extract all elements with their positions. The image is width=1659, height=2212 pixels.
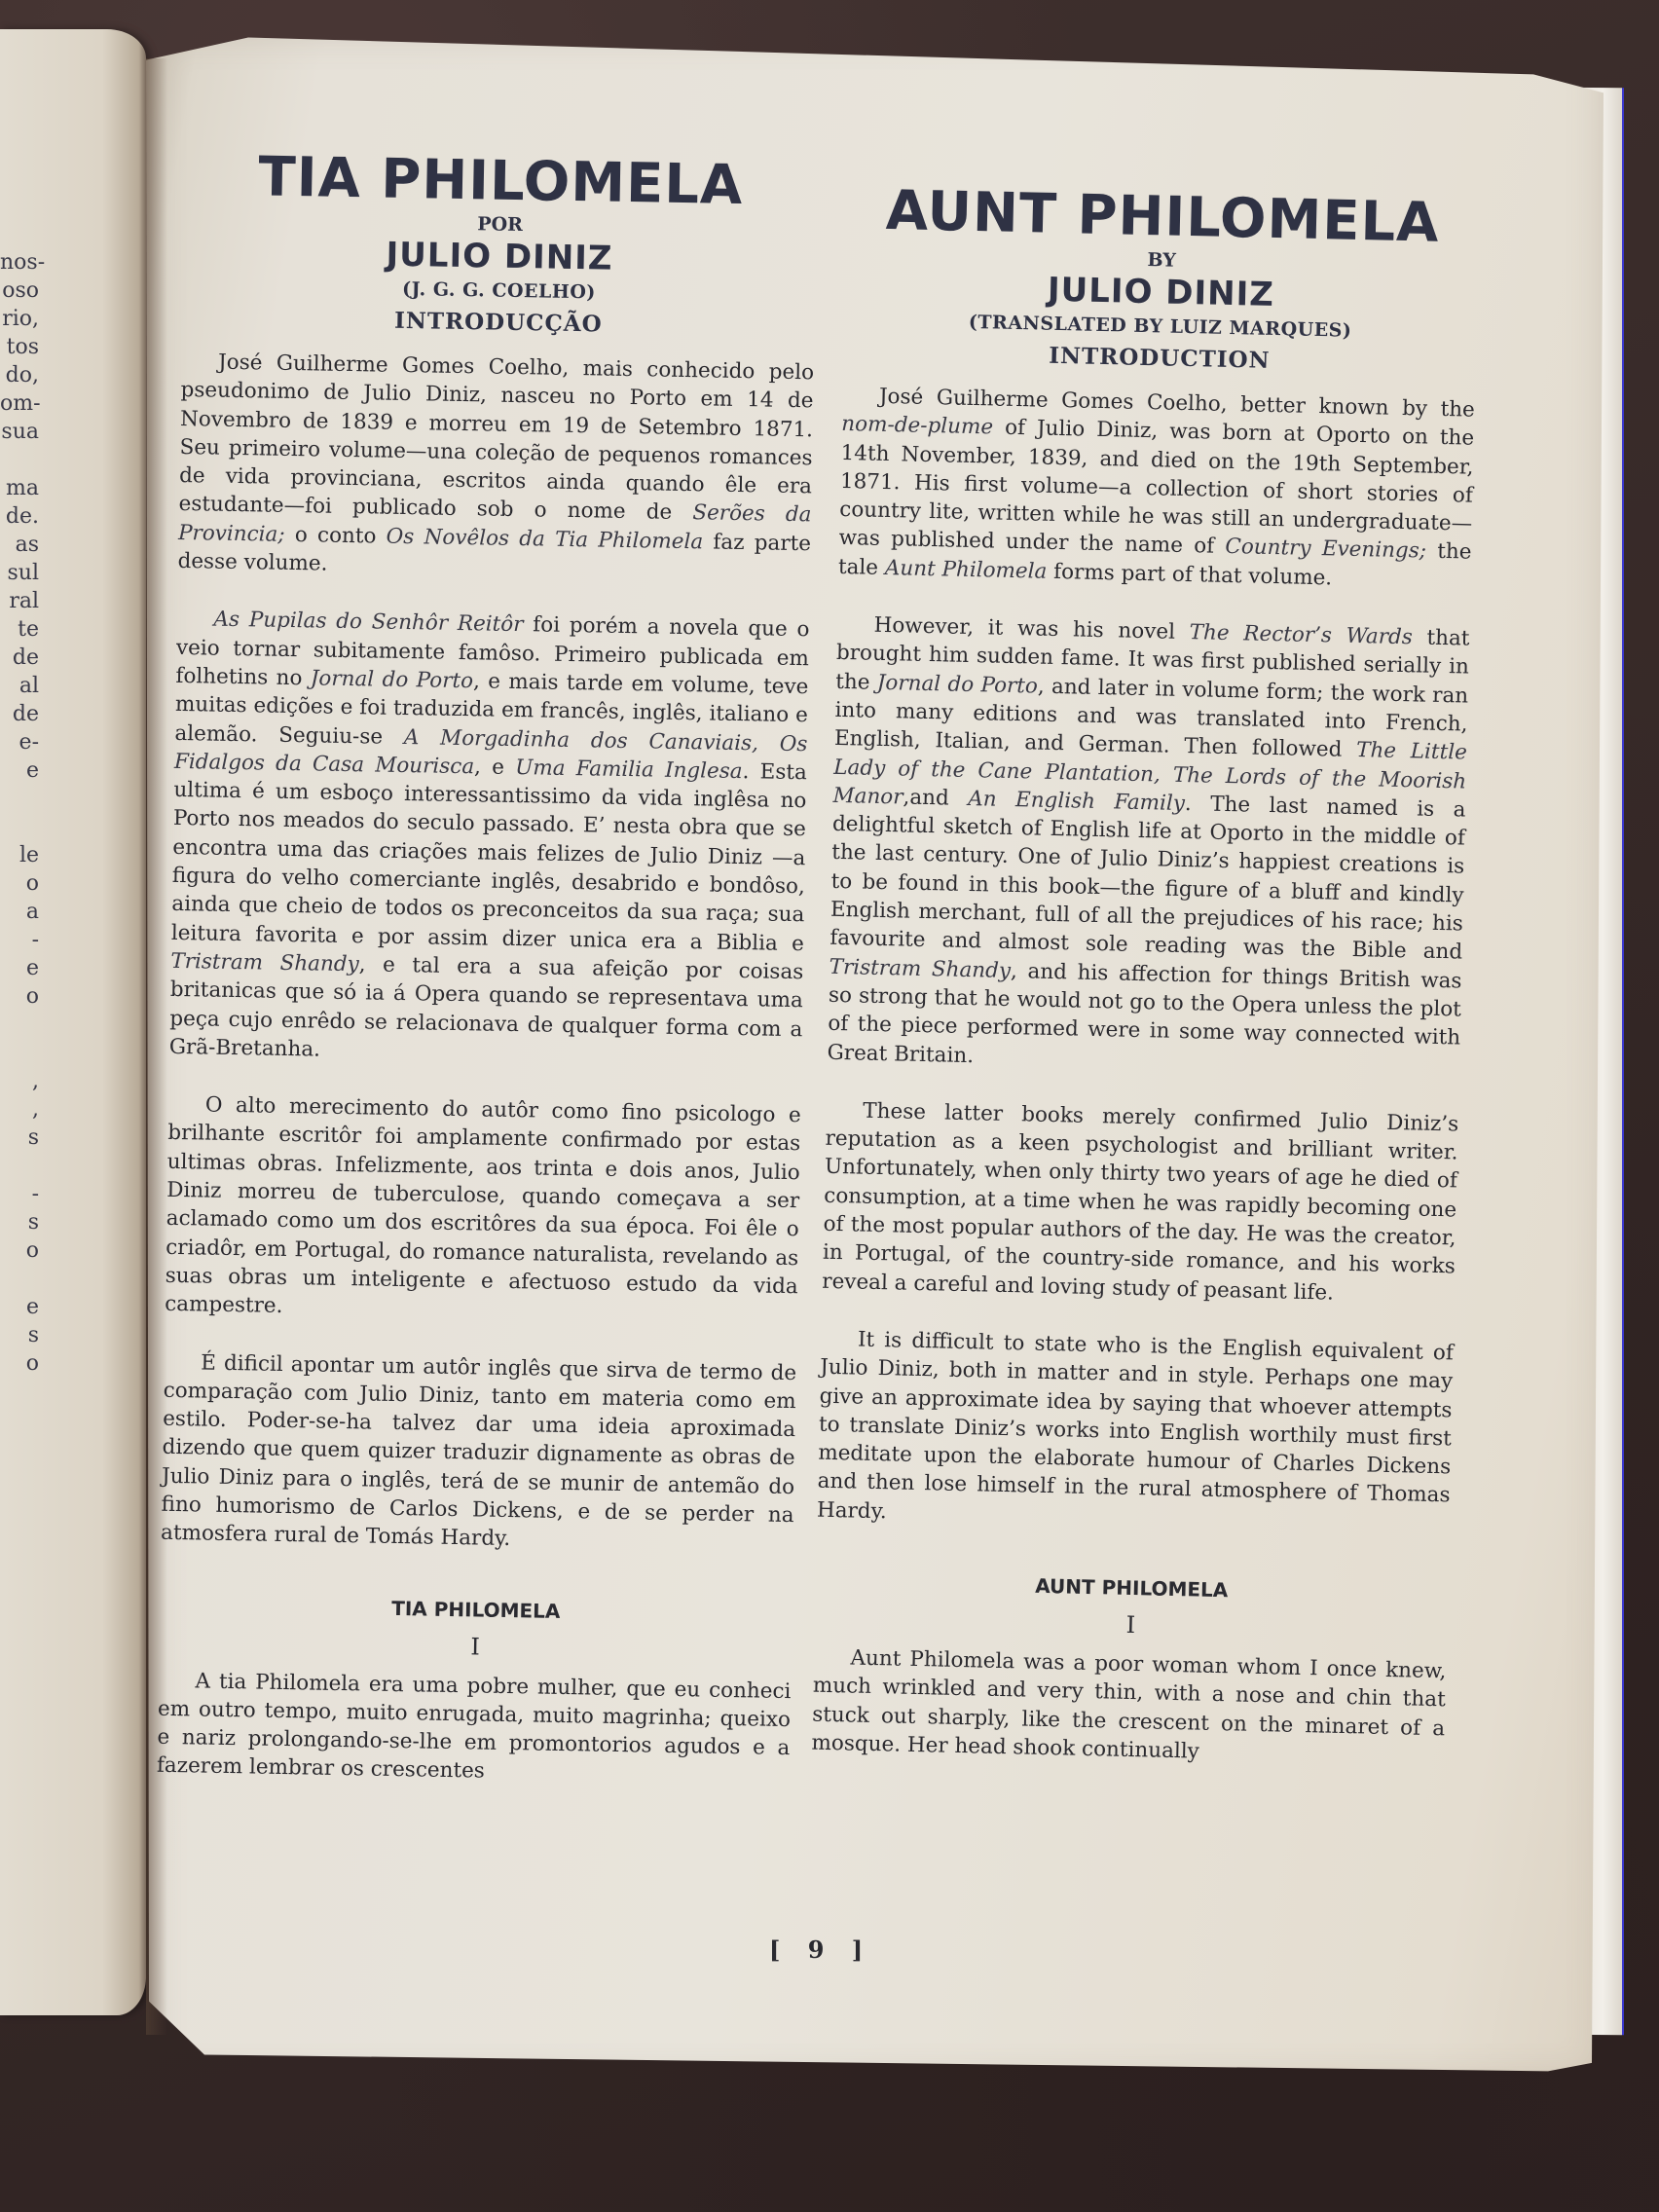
facing-page-left: nos-osorio,tosdo,om-suamade.assulraltede… — [0, 29, 146, 2015]
text-fragment: a — [0, 898, 39, 926]
italic-title: An English Family — [968, 787, 1185, 816]
portuguese-column: TIA PHILOMELA POR JULIO DINIZ (J. G. G. … — [156, 146, 818, 1821]
pt-story-paragraph: A tia Philomela era uma pobre mulher, qu… — [157, 1666, 792, 1791]
italic-title: Os Novêlos da Tia Philomela — [386, 524, 703, 554]
text-fragment: de. — [0, 502, 39, 531]
text-fragment: e — [0, 954, 39, 982]
text-fragment: as — [0, 531, 39, 559]
en-title: AUNT PHILOMELA — [846, 180, 1480, 255]
page-number: [ 9 ] — [769, 1935, 872, 1964]
en-chapter-number: I — [814, 1604, 1447, 1646]
italic-title: As Pupilas do Senhôr Reitôr — [213, 608, 523, 638]
text-fragment: e- — [0, 728, 39, 756]
text-fragment: - — [0, 926, 39, 954]
text-run: o conto — [284, 523, 387, 549]
pt-chapter-number: I — [159, 1627, 792, 1665]
text-run: É dificil apontar um autôr inglês que si… — [161, 1350, 796, 1551]
text-fragment: om- — [0, 389, 39, 418]
paragraph: As Pupilas do Senhôr Reitôr foi porém a … — [169, 605, 810, 1072]
text-fragment: te — [0, 615, 39, 644]
text-fragment: s — [0, 1208, 39, 1236]
text-fragment: , — [0, 1067, 39, 1095]
text-fragment: de — [0, 644, 39, 672]
text-fragment — [0, 446, 39, 474]
english-column: AUNT PHILOMELA BY JULIO DINIZ (TRANSLATE… — [811, 180, 1480, 1800]
text-fragment — [0, 813, 39, 841]
text-fragment: , — [0, 1095, 39, 1124]
pt-intro-heading: INTRODUCÇÃO — [182, 304, 815, 341]
text-run: O alto merecimento do autôr como fino ps… — [165, 1093, 801, 1318]
text-fragment: rio, — [0, 305, 39, 333]
text-fragment: e — [0, 1293, 39, 1321]
text-fragment: nos- — [0, 248, 39, 276]
text-fragment: o — [0, 1349, 39, 1378]
text-fragment: do, — [0, 361, 39, 389]
text-fragment: ma — [0, 474, 39, 502]
en-intro-body: José Guilherme Gomes Coelho, better know… — [817, 382, 1475, 1538]
text-run: It is difficult to state who is the Engl… — [817, 1327, 1454, 1523]
paragraph: It is difficult to state who is the Engl… — [817, 1325, 1454, 1539]
text-fragment: ral — [0, 587, 39, 615]
text-fragment — [0, 1039, 39, 1067]
text-fragment: oso — [0, 276, 39, 305]
paragraph: É dificil apontar um autôr inglês que si… — [161, 1347, 796, 1558]
text-fragment: tos — [0, 333, 39, 361]
italic-title: Jornal do Porto — [311, 666, 474, 693]
en-story-paragraph: Aunt Philomela was a poor woman whom I o… — [811, 1643, 1446, 1772]
text-run: . The last named is a delightful sketch … — [829, 792, 1466, 965]
text-fragment: o — [0, 1236, 39, 1265]
italic-title: Uma Familia Inglesa — [515, 756, 743, 784]
text-fragment: de — [0, 700, 39, 728]
italic-title: nom-de-plume — [841, 412, 993, 440]
italic-title: Jornal do Porto — [877, 671, 1039, 699]
text-fragment: s — [0, 1321, 39, 1349]
text-run: However, it was his novel — [873, 613, 1190, 645]
text-fragment: o — [0, 982, 39, 1011]
text-fragment — [0, 1265, 39, 1293]
text-fragment: e — [0, 756, 39, 785]
text-fragment: al — [0, 672, 39, 700]
en-story-heading: AUNT PHILOMELA — [815, 1569, 1448, 1607]
text-run: ,and — [903, 785, 968, 811]
text-run: . Esta ultima é um esboço interessantiss… — [171, 759, 807, 956]
text-run: José Guilherme Gomes Coelho, mais conhec… — [178, 350, 814, 526]
text-run: These latter books merely confirmed Juli… — [822, 1098, 1458, 1305]
text-fragment: o — [0, 869, 39, 898]
pt-story-heading: TIA PHILOMELA — [160, 1592, 793, 1626]
text-fragment: s — [0, 1124, 39, 1152]
paragraph: José Guilherme Gomes Coelho, better know… — [838, 382, 1475, 596]
italic-title: The Rector’s Wards — [1189, 620, 1413, 649]
text-run: A tia Philomela era uma pobre mulher, qu… — [157, 1669, 792, 1784]
text-fragment: - — [0, 1180, 39, 1208]
text-run: , e — [474, 755, 515, 780]
en-intro-heading: INTRODUCTION — [843, 338, 1476, 379]
text-fragment: le — [0, 841, 39, 869]
pt-intro-body: José Guilherme Gomes Coelho, mais conhec… — [161, 348, 814, 1559]
italic-title: Tristram Shandy — [829, 954, 1011, 982]
text-fragment — [0, 1011, 39, 1039]
pt-title: TIA PHILOMELA — [184, 146, 818, 217]
facing-page-text-fragments: nos-osorio,tosdo,om-suamade.assulraltede… — [0, 248, 39, 1378]
paragraph: However, it was his novel The Rector’s W… — [827, 610, 1469, 1081]
italic-title: Aunt Philomela — [885, 556, 1048, 584]
paragraph: O alto merecimento do autôr como fino ps… — [165, 1090, 801, 1330]
paragraph: These latter books merely confirmed Juli… — [822, 1096, 1458, 1310]
text-run: forms part of that volume. — [1047, 560, 1332, 591]
text-fragment — [0, 785, 39, 813]
italic-title: Tristram Shandy — [170, 949, 359, 977]
paragraph: José Guilherme Gomes Coelho, mais conhec… — [177, 348, 814, 587]
text-fragment: sul — [0, 559, 39, 587]
text-fragment — [0, 1152, 39, 1180]
pt-author: JULIO DINIZ — [183, 232, 817, 281]
italic-title: Country Evenings; — [1225, 535, 1426, 564]
text-run: Aunt Philomela was a poor woman whom I o… — [811, 1645, 1446, 1763]
text-fragment: sua — [0, 418, 39, 446]
